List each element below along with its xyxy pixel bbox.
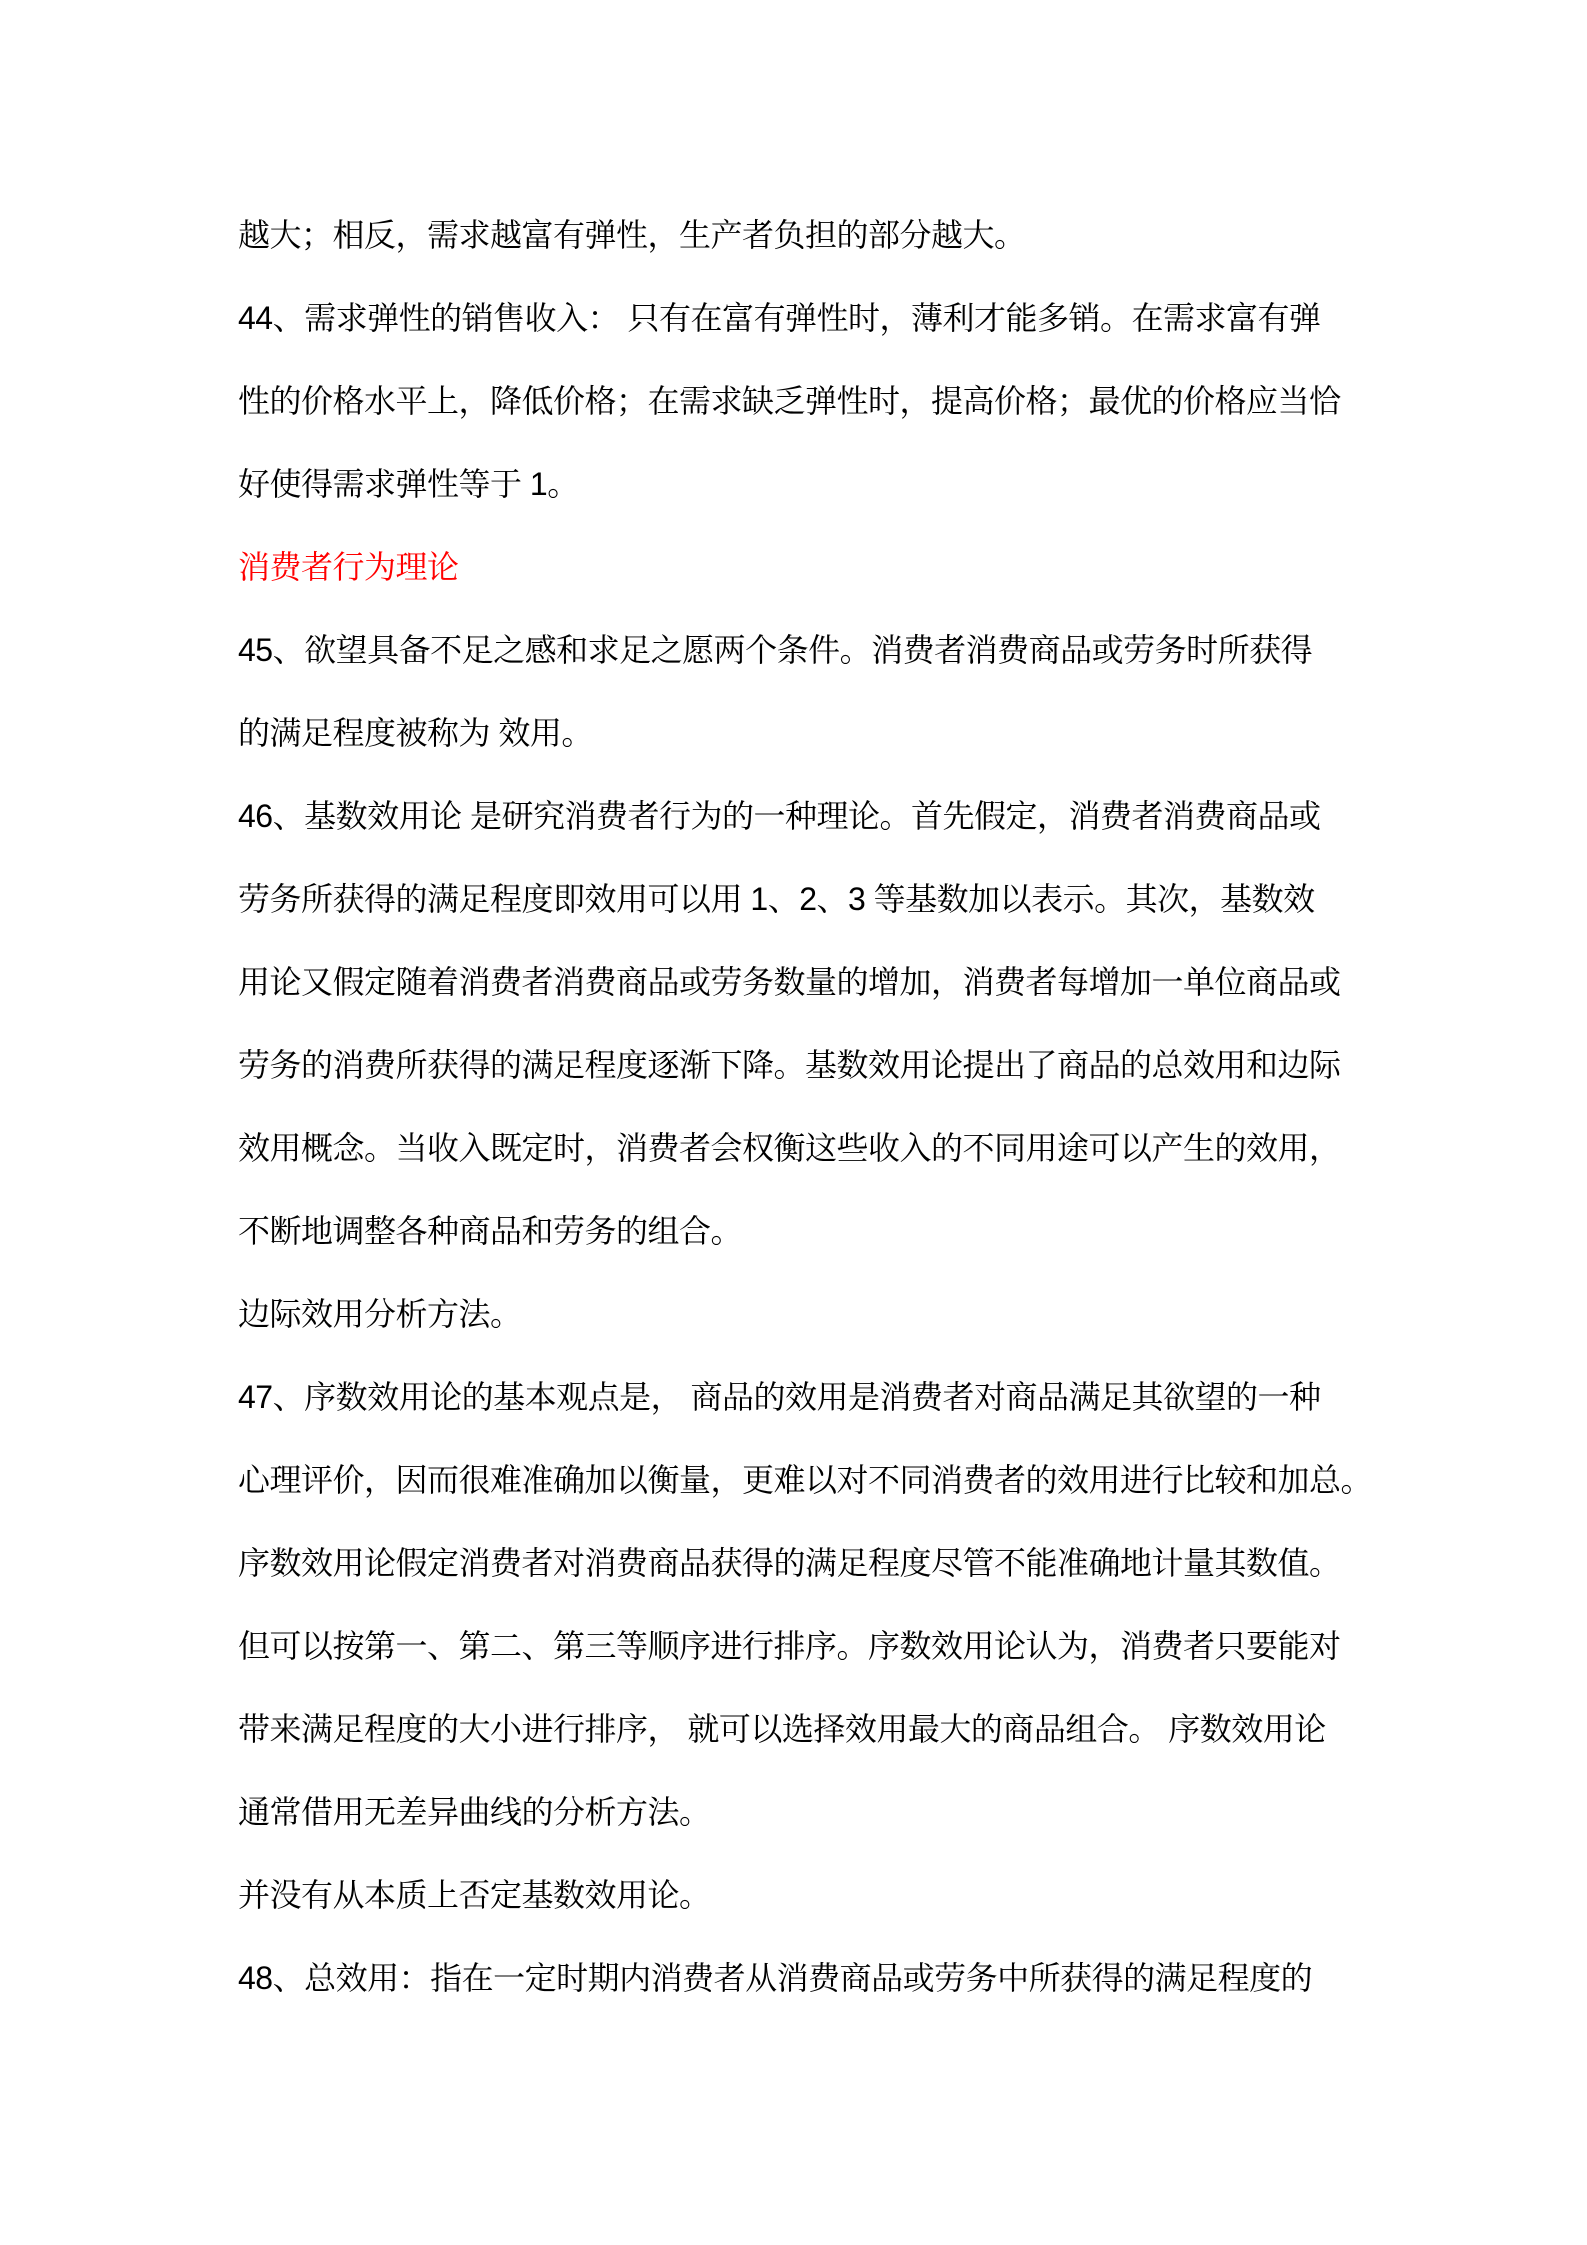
paragraph-line: 劳务的消费所获得的满足程度逐渐下降。基数效用论提出了商品的总效用和边际 [238, 1024, 1358, 1107]
paragraph-line: 用论又假定随着消费者消费商品或劳务数量的增加，消费者每增加一单位商品或 [238, 941, 1358, 1024]
paragraph-line: 47、序数效用论的基本观点是， 商品的效用是消费者对商品满足其欲望的一种 [238, 1356, 1358, 1439]
paragraph-line: 序数效用论假定消费者对消费商品获得的满足程度尽管不能准确地计量其数值。 [238, 1522, 1358, 1605]
document-page: 越大；相反，需求越富有弹性，生产者负担的部分越大。44、需求弹性的销售收入： 只… [0, 0, 1587, 2245]
paragraph-line: 但可以按第一、第二、第三等顺序进行排序。序数效用论认为，消费者只要能对 [238, 1605, 1358, 1688]
paragraph-line: 越大；相反，需求越富有弹性，生产者负担的部分越大。 [238, 194, 1358, 277]
paragraph-line: 45、欲望具备不足之感和求足之愿两个条件。消费者消费商品或劳务时所获得 [238, 609, 1358, 692]
paragraph-line: 心理评价，因而很难准确加以衡量，更难以对不同消费者的效用进行比较和加总。 [238, 1439, 1358, 1522]
paragraph-line: 通常借用无差异曲线的分析方法。 [238, 1771, 1358, 1854]
paragraph-line: 不断地调整各种商品和劳务的组合。 [238, 1190, 1358, 1273]
paragraph-line: 的满足程度被称为 效用。 [238, 692, 1358, 775]
paragraph-line: 效用概念。当收入既定时，消费者会权衡这些收入的不同用途可以产生的效用， [238, 1107, 1358, 1190]
paragraph-line: 边际效用分析方法。 [238, 1273, 1358, 1356]
paragraph-line: 劳务所获得的满足程度即效用可以用 1、2、3 等基数加以表示。其次，基数效 [238, 858, 1358, 941]
paragraph-line: 44、需求弹性的销售收入： 只有在富有弹性时，薄利才能多销。在需求富有弹 [238, 277, 1358, 360]
paragraph-line: 性的价格水平上，降低价格；在需求缺乏弹性时，提高价格；最优的价格应当恰 [238, 360, 1358, 443]
paragraph-line: 并没有从本质上否定基数效用论。 [238, 1854, 1358, 1937]
section-heading: 消费者行为理论 [238, 526, 1358, 609]
paragraph-line: 带来满足程度的大小进行排序， 就可以选择效用最大的商品组合。 序数效用论 [238, 1688, 1358, 1771]
document-body: 越大；相反，需求越富有弹性，生产者负担的部分越大。44、需求弹性的销售收入： 只… [238, 194, 1358, 2020]
paragraph-line: 好使得需求弹性等于 1。 [238, 443, 1358, 526]
paragraph-line: 46、基数效用论 是研究消费者行为的一种理论。首先假定，消费者消费商品或 [238, 775, 1358, 858]
paragraph-line: 48、总效用：指在一定时期内消费者从消费商品或劳务中所获得的满足程度的 [238, 1937, 1358, 2020]
